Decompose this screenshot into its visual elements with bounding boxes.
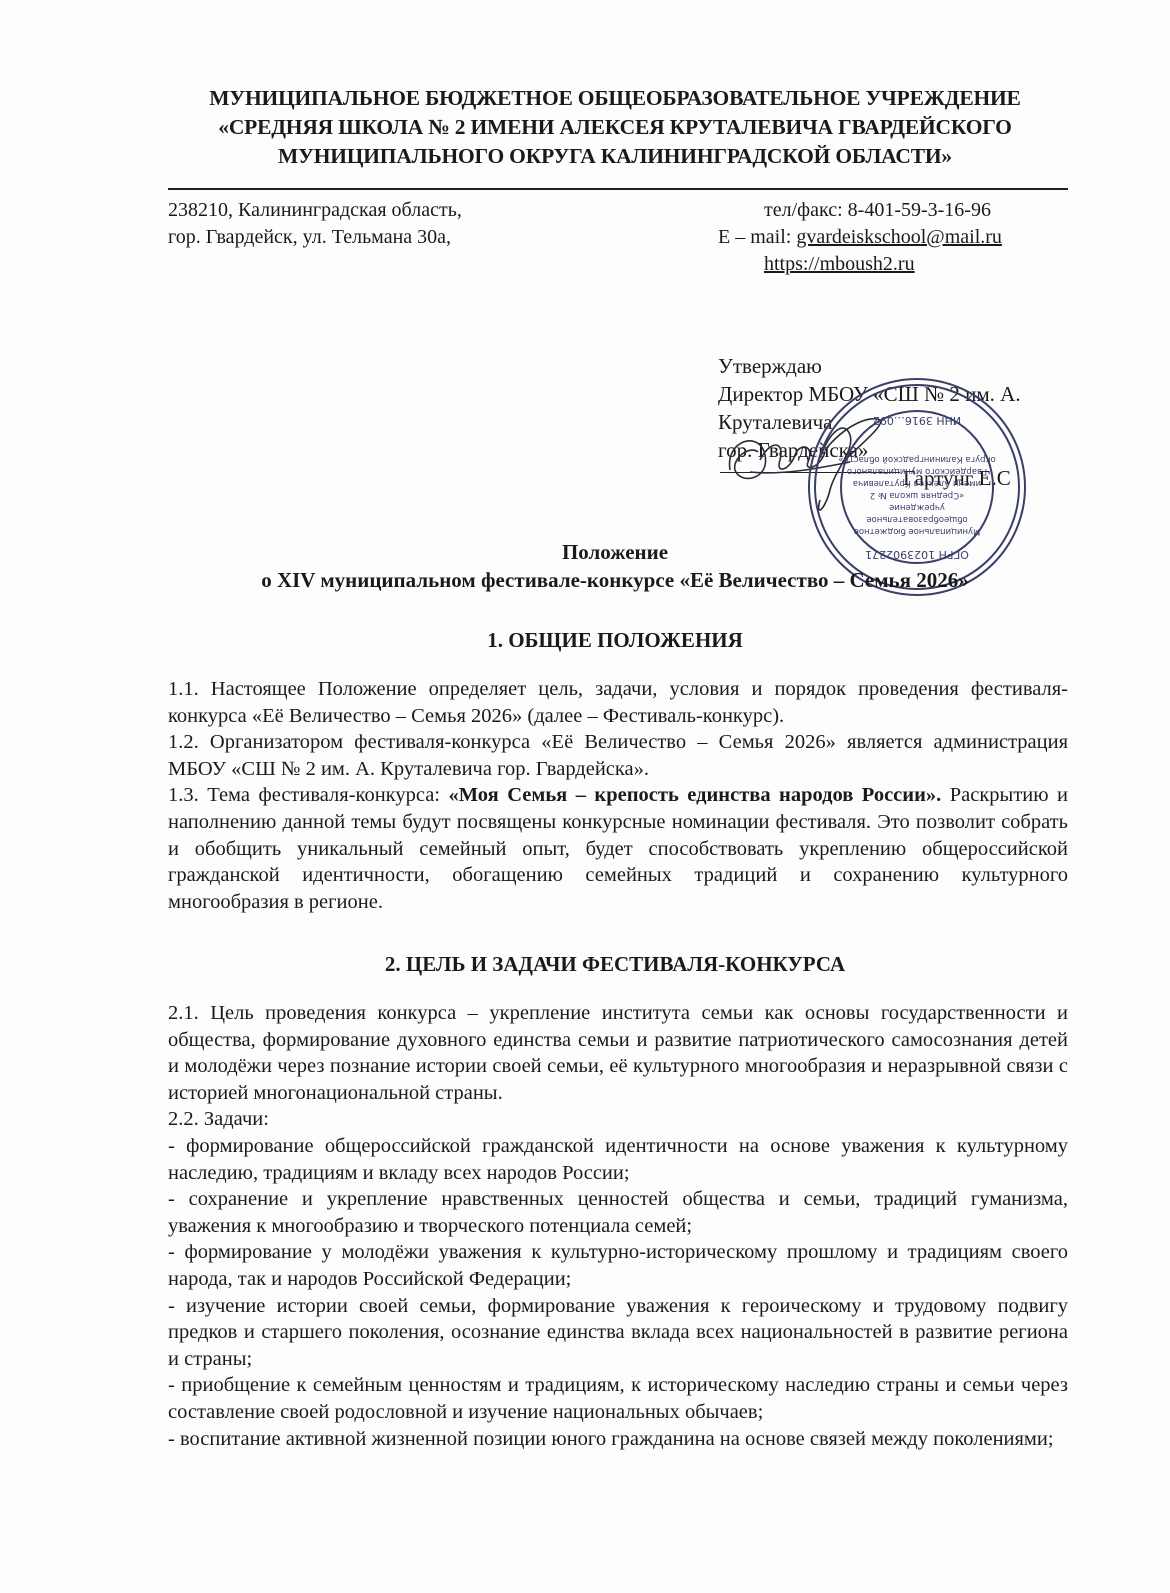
paragraph: 2.2. Задачи: bbox=[168, 1106, 1068, 1133]
email-row: E – mail: gvardeiskschool@mail.ru bbox=[718, 224, 1002, 251]
svg-text:Муниципальное бюджетное: Муниципальное бюджетное bbox=[854, 526, 981, 536]
paragraph: 1.2. Организатором фестиваля-конкурса «Е… bbox=[168, 729, 1068, 782]
svg-text:Гвардейского муниципального: Гвардейского муниципального bbox=[847, 466, 987, 476]
website-row: https://mboush2.ru bbox=[718, 251, 1002, 278]
section-heading: 2. ЦЕЛЬ И ЗАДАЧИ ФЕСТИВАЛЯ-КОНКУРСА bbox=[150, 950, 1080, 978]
phone-row: тел/факс: 8-401-59-3-16-96 bbox=[718, 197, 1002, 224]
svg-text:«Средняя школа № 2: «Средняя школа № 2 bbox=[870, 490, 965, 500]
task-item: - приобщение к семейным ценностям и трад… bbox=[168, 1372, 1068, 1425]
address-line: гор. Гвардейск, ул. Тельмана 30а, bbox=[168, 224, 462, 251]
section-2-body: 2.1. Цель проведения конкурса – укреплен… bbox=[168, 1000, 1068, 1452]
paragraph: 1.3. Тема фестиваля-конкурса: «Моя Семья… bbox=[168, 782, 1068, 915]
theme-title: «Моя Семья – крепость единства народов Р… bbox=[448, 784, 941, 806]
header-divider bbox=[168, 188, 1068, 190]
paragraph: 2.1. Цель проведения конкурса – укреплен… bbox=[168, 1000, 1068, 1106]
task-item: - формирование общероссийской гражданско… bbox=[168, 1133, 1068, 1186]
address-block: 238210, Калининградская область, гор. Гв… bbox=[168, 197, 462, 251]
email-label: E – mail: bbox=[718, 226, 796, 248]
header-line: «СРЕДНЯЯ ШКОЛА № 2 ИМЕНИ АЛЕКСЕЯ КРУТАЛЕ… bbox=[150, 113, 1080, 142]
document-page: МУНИЦИПАЛЬНОЕ БЮДЖЕТНОЕ ОБЩЕОБРАЗОВАТЕЛЬ… bbox=[0, 0, 1170, 1593]
phone-value: 8-401-59-3-16-96 bbox=[848, 199, 991, 221]
task-item: - воспитание активной жизненной позиции … bbox=[168, 1426, 1068, 1453]
address-line: 238210, Калининградская область, bbox=[168, 197, 462, 224]
paragraph-prefix: 1.3. Тема фестиваля-конкурса: bbox=[168, 784, 448, 806]
section-heading: 1. ОБЩИЕ ПОЛОЖЕНИЯ bbox=[150, 626, 1080, 654]
task-item: - сохранение и укрепление нравственных ц… bbox=[168, 1186, 1068, 1239]
paragraph: 1.1. Настоящее Положение определяет цель… bbox=[168, 676, 1068, 729]
email-link[interactable]: gvardeiskschool@mail.ru bbox=[796, 226, 1002, 248]
svg-text:имени Алексея Круталевича: имени Алексея Круталевича bbox=[853, 478, 981, 488]
header-line: МУНИЦИПАЛЬНОЕ БЮДЖЕТНОЕ ОБЩЕОБРАЗОВАТЕЛЬ… bbox=[150, 84, 1080, 113]
contact-block: тел/факс: 8-401-59-3-16-96 E – mail: gva… bbox=[718, 197, 1002, 278]
website-link[interactable]: https://mboush2.ru bbox=[764, 253, 915, 275]
task-item: - изучение истории своей семьи, формиров… bbox=[168, 1293, 1068, 1373]
header-line: МУНИЦИПАЛЬНОГО ОКРУГА КАЛИНИНГРАДСКОЙ ОБ… bbox=[150, 142, 1080, 171]
title-line: Положение bbox=[150, 538, 1080, 566]
institution-header: МУНИЦИПАЛЬНОЕ БЮДЖЕТНОЕ ОБЩЕОБРАЗОВАТЕЛЬ… bbox=[150, 84, 1080, 171]
svg-text:общеобразовательное: общеобразовательное bbox=[866, 514, 967, 524]
svg-text:ИНН 3916…092: ИНН 3916…092 bbox=[873, 414, 961, 427]
svg-text:округа Калининградской области: округа Калининградской области» bbox=[838, 454, 996, 464]
phone-label: тел/факс: bbox=[764, 199, 848, 221]
document-title: Положение о XIV муниципальном фестивале-… bbox=[150, 538, 1080, 594]
section-1-body: 1.1. Настоящее Положение определяет цель… bbox=[168, 676, 1068, 915]
task-item: - формирование у молодёжи уважения к кул… bbox=[168, 1239, 1068, 1292]
svg-text:учреждение: учреждение bbox=[889, 502, 945, 512]
title-line: о XIV муниципальном фестивале-конкурсе «… bbox=[150, 566, 1080, 594]
